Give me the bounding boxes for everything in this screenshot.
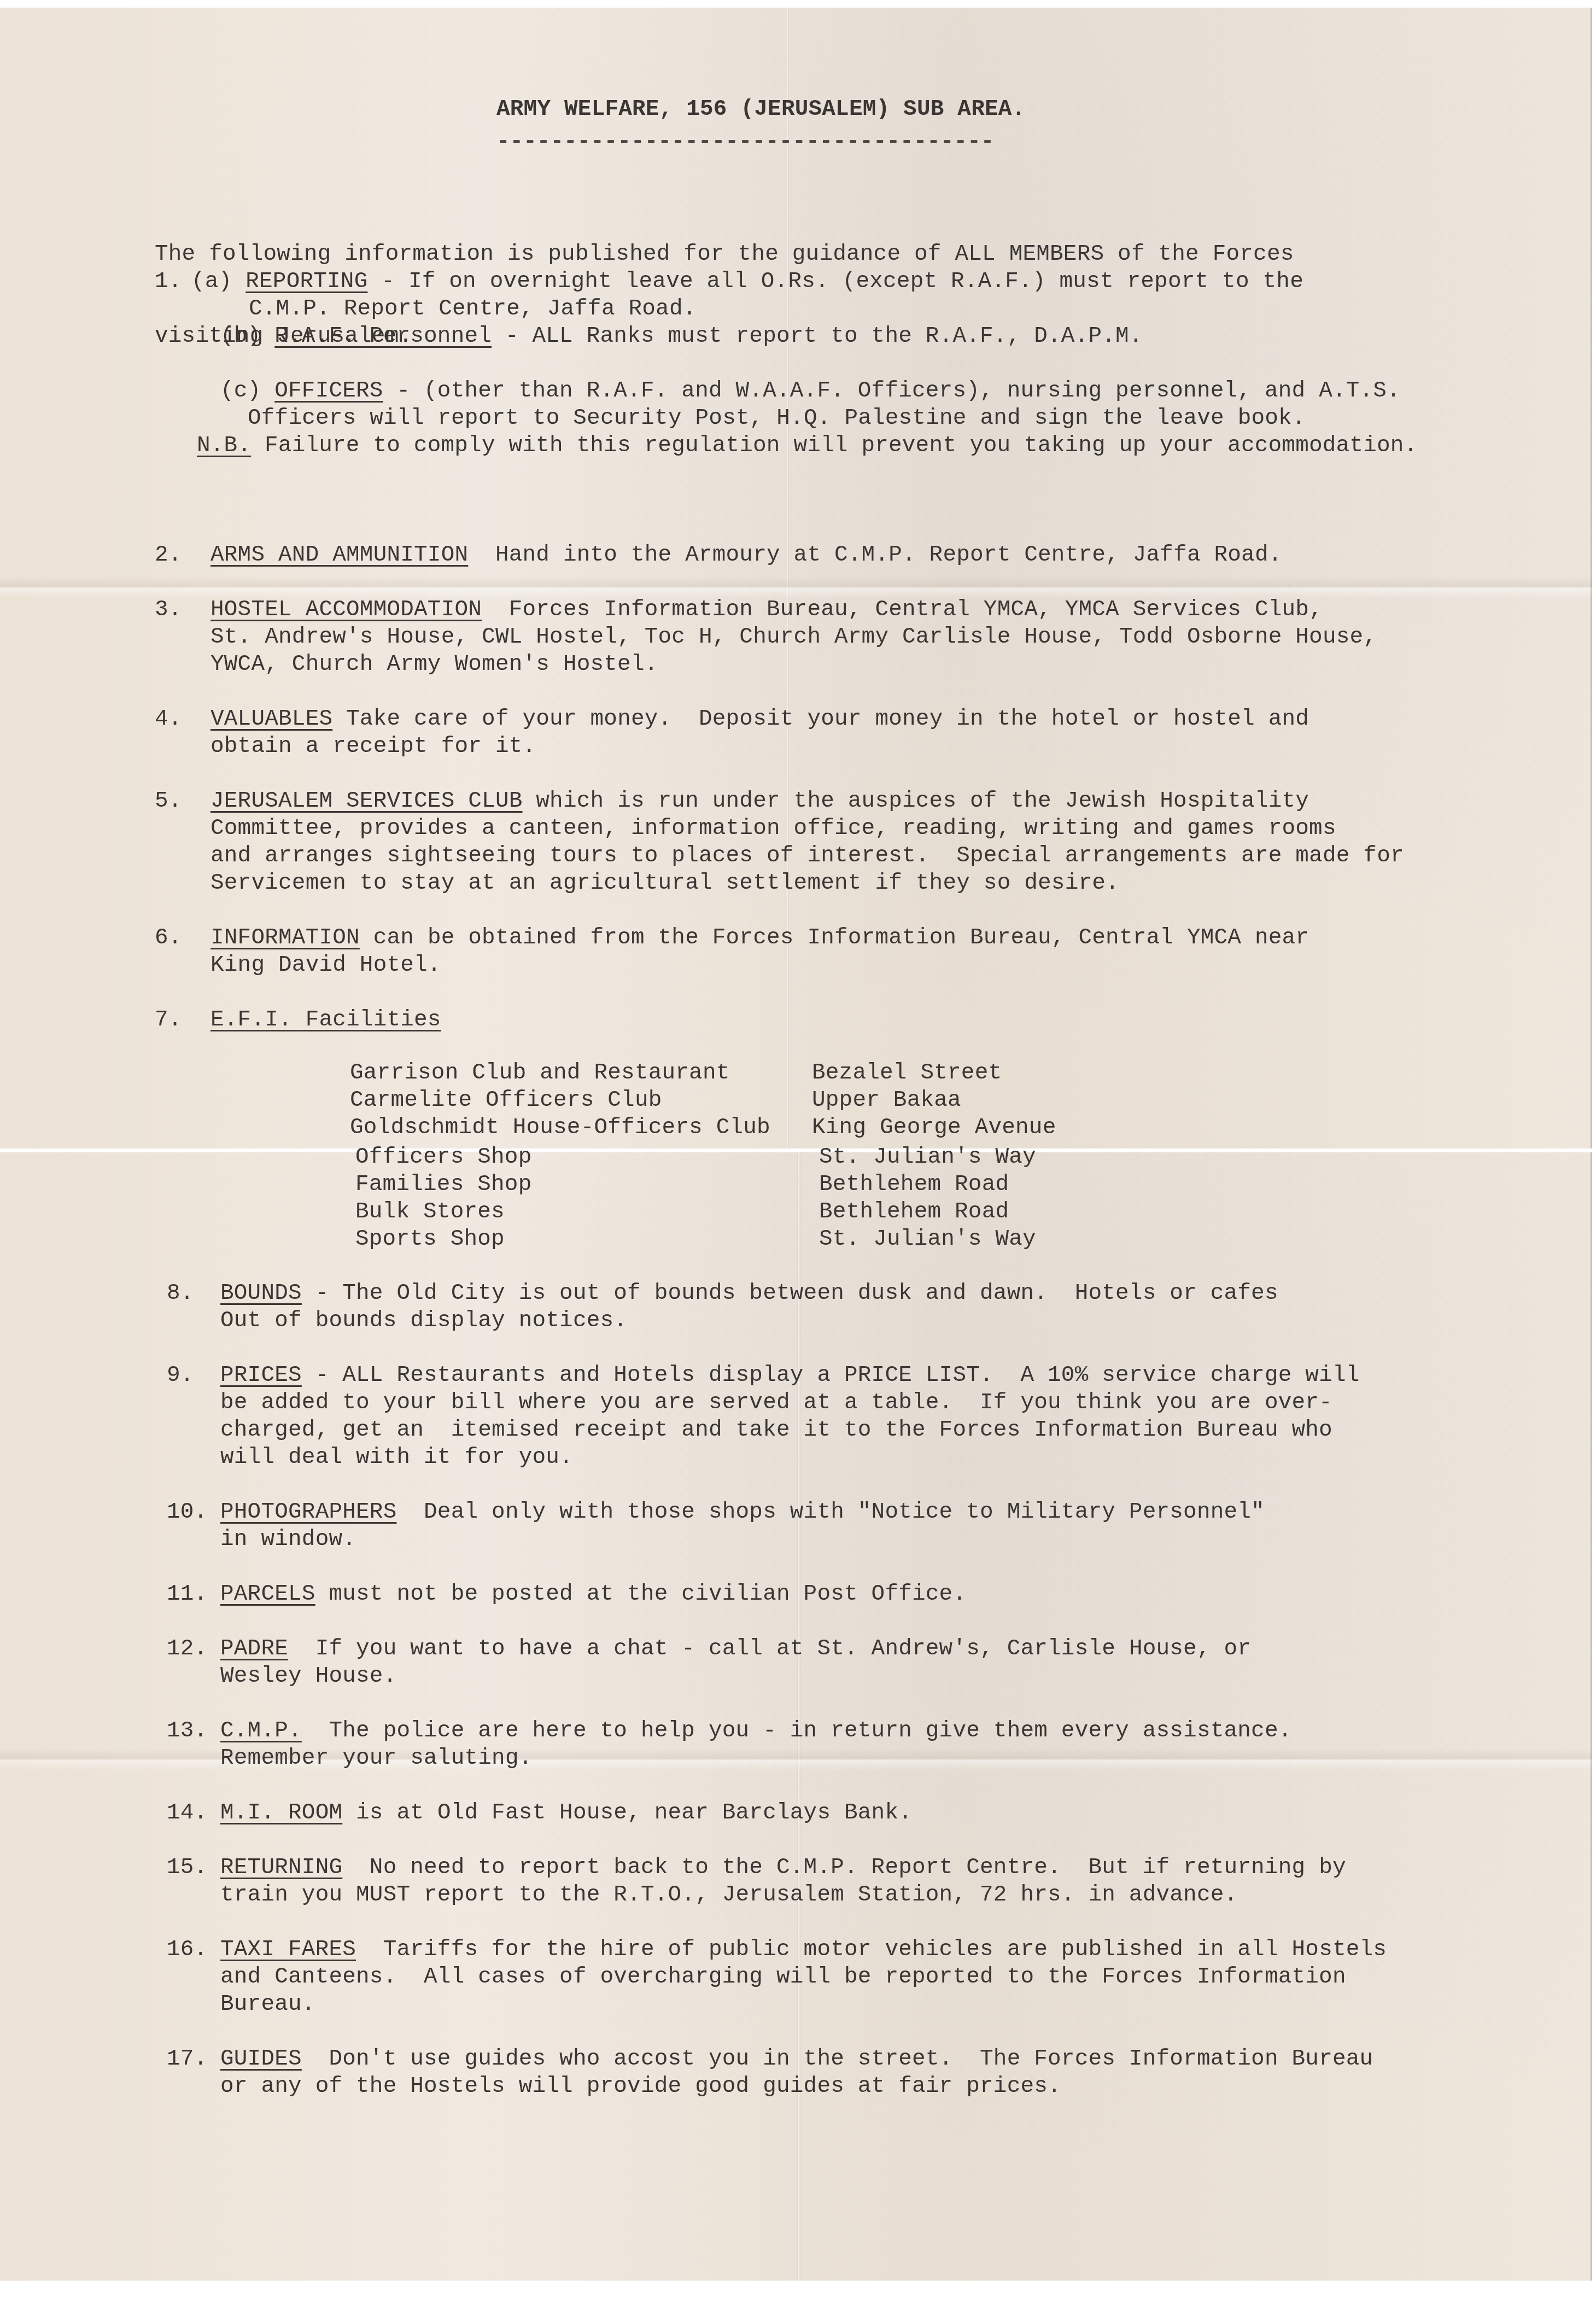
item-line: C.M.P. The police are here to help you -… — [220, 1717, 1292, 1745]
item-number: 14. — [167, 1799, 207, 1827]
item-heading: REPORTING — [245, 269, 367, 294]
item-line: (b) R.A.F. Personnel - ALL Ranks must re… — [220, 323, 1143, 350]
facility-location: Bezalel Street — [812, 1059, 1002, 1087]
item-body: HOSTEL ACCOMMODATION Forces Information … — [211, 596, 1377, 678]
item-line: or any of the Hostels will provide good … — [220, 2073, 1373, 2100]
item-heading: C.M.P. — [220, 1718, 302, 1744]
item-body: RETURNING No need to report back to the … — [220, 1854, 1346, 1909]
item-number: 17. — [167, 2045, 207, 2073]
facility-name: Carmelite Officers Club — [350, 1087, 662, 1114]
item-number: 7. — [155, 1006, 182, 1034]
item-number: 3. — [155, 596, 182, 623]
item-body: PHOTOGRAPHERS Deal only with those shops… — [220, 1499, 1265, 1553]
item-number: 10. — [167, 1499, 207, 1526]
item-number: 15. — [167, 1854, 207, 1881]
item-number: 5. — [155, 788, 182, 815]
facility-name: Families Shop — [355, 1171, 531, 1198]
facility-name: Garrison Club and Restaurant — [350, 1059, 730, 1087]
item-line: (a) REPORTING - If on overnight leave al… — [191, 268, 1303, 295]
item-body: PRICES - ALL Restaurants and Hotels disp… — [220, 1362, 1360, 1471]
item-line: BOUNDS - The Old City is out of bounds b… — [220, 1280, 1278, 1307]
item-line: PARCELS must not be posted at the civili… — [220, 1581, 966, 1608]
item-line: Wesley House. — [220, 1663, 1251, 1690]
item-number: 2. — [155, 541, 182, 569]
item-line: be added to your bill where you are serv… — [220, 1389, 1360, 1416]
item-body: ARMS AND AMMUNITION Hand into the Armour… — [211, 541, 1282, 569]
facility-location: St. Julian's Way — [819, 1144, 1036, 1171]
item-heading: BOUNDS — [220, 1281, 302, 1306]
item-body: M.I. ROOM is at Old Fast House, near Bar… — [220, 1799, 912, 1827]
item-number: 11. — [167, 1581, 207, 1608]
item-line: PRICES - ALL Restaurants and Hotels disp… — [220, 1362, 1360, 1389]
item-heading: PRICES — [220, 1363, 302, 1388]
item-line: (c) OFFICERS - (other than R.A.F. and W.… — [220, 377, 1400, 405]
item-body: JERUSALEM SERVICES CLUB which is run und… — [211, 788, 1404, 897]
item-number: 9. — [167, 1362, 194, 1389]
item-number: 16. — [167, 1936, 207, 1963]
item-heading: M.I. ROOM — [220, 1800, 342, 1826]
note-heading: N.B. — [197, 433, 251, 458]
item-line: St. Andrew's House, CWL Hostel, Toc H, C… — [211, 623, 1377, 651]
item-body: BOUNDS - The Old City is out of bounds b… — [220, 1280, 1278, 1334]
item-heading: OFFICERS — [274, 378, 383, 404]
item-line: Committee, provides a canteen, informati… — [211, 815, 1404, 842]
item-body: INFORMATION can be obtained from the For… — [211, 924, 1309, 979]
item-heading: JERUSALEM SERVICES CLUB — [211, 789, 523, 814]
sub-item-marker: (a) — [191, 269, 245, 294]
facility-location: Bethlehem Road — [819, 1198, 1009, 1226]
item-heading: R.A.F. Personnel — [274, 324, 492, 349]
item-line: Bureau. — [220, 1991, 1387, 2018]
item-line: Servicemen to stay at an agricultural se… — [211, 870, 1404, 897]
sub-item: (c) OFFICERS - (other than R.A.F. and W.… — [220, 377, 1400, 432]
item-line: ARMS AND AMMUNITION Hand into the Armour… — [211, 541, 1282, 569]
item-line: train you MUST report to the R.T.O., Jer… — [220, 1881, 1346, 1909]
intro-line: The following information is published f… — [155, 241, 1294, 268]
item-line: King David Hotel. — [211, 952, 1309, 979]
item-heading: PARCELS — [220, 1582, 315, 1607]
item-line: RETURNING No need to report back to the … — [220, 1854, 1346, 1881]
item-line: Remember your saluting. — [220, 1745, 1292, 1772]
item-heading: PADRE — [220, 1636, 288, 1661]
item-line: C.M.P. Report Centre, Jaffa Road. — [191, 295, 1303, 323]
item-heading: GUIDES — [220, 2047, 302, 2072]
facility-location: St. Julian's Way — [819, 1226, 1036, 1253]
item-line: charged, get an itemised receipt and tak… — [220, 1416, 1360, 1444]
item-heading: RETURNING — [220, 1855, 342, 1880]
item-number: 12. — [167, 1635, 207, 1663]
facility-name: Bulk Stores — [355, 1198, 505, 1226]
item-line: YWCA, Church Army Women's Hostel. — [211, 651, 1377, 678]
item-body: C.M.P. The police are here to help you -… — [220, 1717, 1292, 1772]
item-line: PADRE If you want to have a chat - call … — [220, 1635, 1251, 1663]
item-body: PADRE If you want to have a chat - call … — [220, 1635, 1251, 1690]
item-heading: VALUABLES — [211, 707, 332, 732]
note: N.B. Failure to comply with this regulat… — [197, 432, 1417, 459]
item-line: GUIDES Don't use guides who accost you i… — [220, 2045, 1373, 2073]
item-heading: PHOTOGRAPHERS — [220, 1500, 396, 1525]
item-body: GUIDES Don't use guides who accost you i… — [220, 2045, 1373, 2100]
item-number: 4. — [155, 706, 182, 733]
sub-item-marker: (b) — [220, 324, 274, 349]
facility-name: Goldschmidt House-Officers Club — [350, 1114, 770, 1141]
item-body: VALUABLES Take care of your money. Depos… — [211, 706, 1309, 760]
item-line: HOSTEL ACCOMMODATION Forces Information … — [211, 596, 1377, 623]
item-number: 13. — [167, 1717, 207, 1745]
item-line: Out of bounds display notices. — [220, 1307, 1278, 1334]
facility-name: Sports Shop — [355, 1226, 505, 1253]
sub-item: (b) R.A.F. Personnel - ALL Ranks must re… — [220, 323, 1143, 350]
facility-location: Upper Bakaa — [812, 1087, 961, 1114]
sub-item-marker: (c) — [220, 378, 274, 404]
item-body: TAXI FARES Tariffs for the hire of publi… — [220, 1936, 1387, 2018]
item-number: 6. — [155, 924, 182, 952]
item-line: INFORMATION can be obtained from the For… — [211, 924, 1309, 952]
item-line: obtain a receipt for it. — [211, 733, 1309, 760]
item-line: Officers will report to Security Post, H… — [220, 405, 1400, 432]
welfare-notice: ARMY WELFARE, 156 (JERUSALEM) SUB AREA. … — [0, 0, 1596, 2297]
item-line: JERUSALEM SERVICES CLUB which is run und… — [211, 788, 1404, 815]
item-line: E.F.I. Facilities — [211, 1006, 441, 1034]
item-number: 1. — [155, 268, 182, 295]
item-body: PARCELS must not be posted at the civili… — [220, 1581, 966, 1608]
item-line: TAXI FARES Tariffs for the hire of publi… — [220, 1936, 1387, 1963]
item-heading: E.F.I. Facilities — [211, 1007, 441, 1033]
item-heading: ARMS AND AMMUNITION — [211, 543, 468, 568]
item-number: 8. — [167, 1280, 194, 1307]
sub-item: (a) REPORTING - If on overnight leave al… — [191, 268, 1303, 323]
facility-location: Bethlehem Road — [819, 1171, 1009, 1198]
item-line: and Canteens. All cases of overcharging … — [220, 1963, 1387, 1991]
item-line: VALUABLES Take care of your money. Depos… — [211, 706, 1309, 733]
facility-name: Officers Shop — [355, 1144, 531, 1171]
facility-location: King George Avenue — [812, 1114, 1056, 1141]
item-line: M.I. ROOM is at Old Fast House, near Bar… — [220, 1799, 912, 1827]
item-line: PHOTOGRAPHERS Deal only with those shops… — [220, 1499, 1265, 1526]
item-line: N.B. Failure to comply with this regulat… — [197, 432, 1417, 459]
item-heading: TAXI FARES — [220, 1937, 356, 1962]
item-line: and arranges sightseeing tours to places… — [211, 842, 1404, 870]
item-heading: INFORMATION — [211, 925, 360, 951]
item-line: in window. — [220, 1526, 1265, 1553]
item-heading: HOSTEL ACCOMMODATION — [211, 597, 482, 622]
title-underline: ------------------------------------- — [496, 128, 994, 155]
document-title: ARMY WELFARE, 156 (JERUSALEM) SUB AREA. — [496, 96, 1025, 123]
item-line: will deal with it for you. — [220, 1444, 1360, 1471]
item-body: E.F.I. Facilities — [211, 1006, 441, 1034]
